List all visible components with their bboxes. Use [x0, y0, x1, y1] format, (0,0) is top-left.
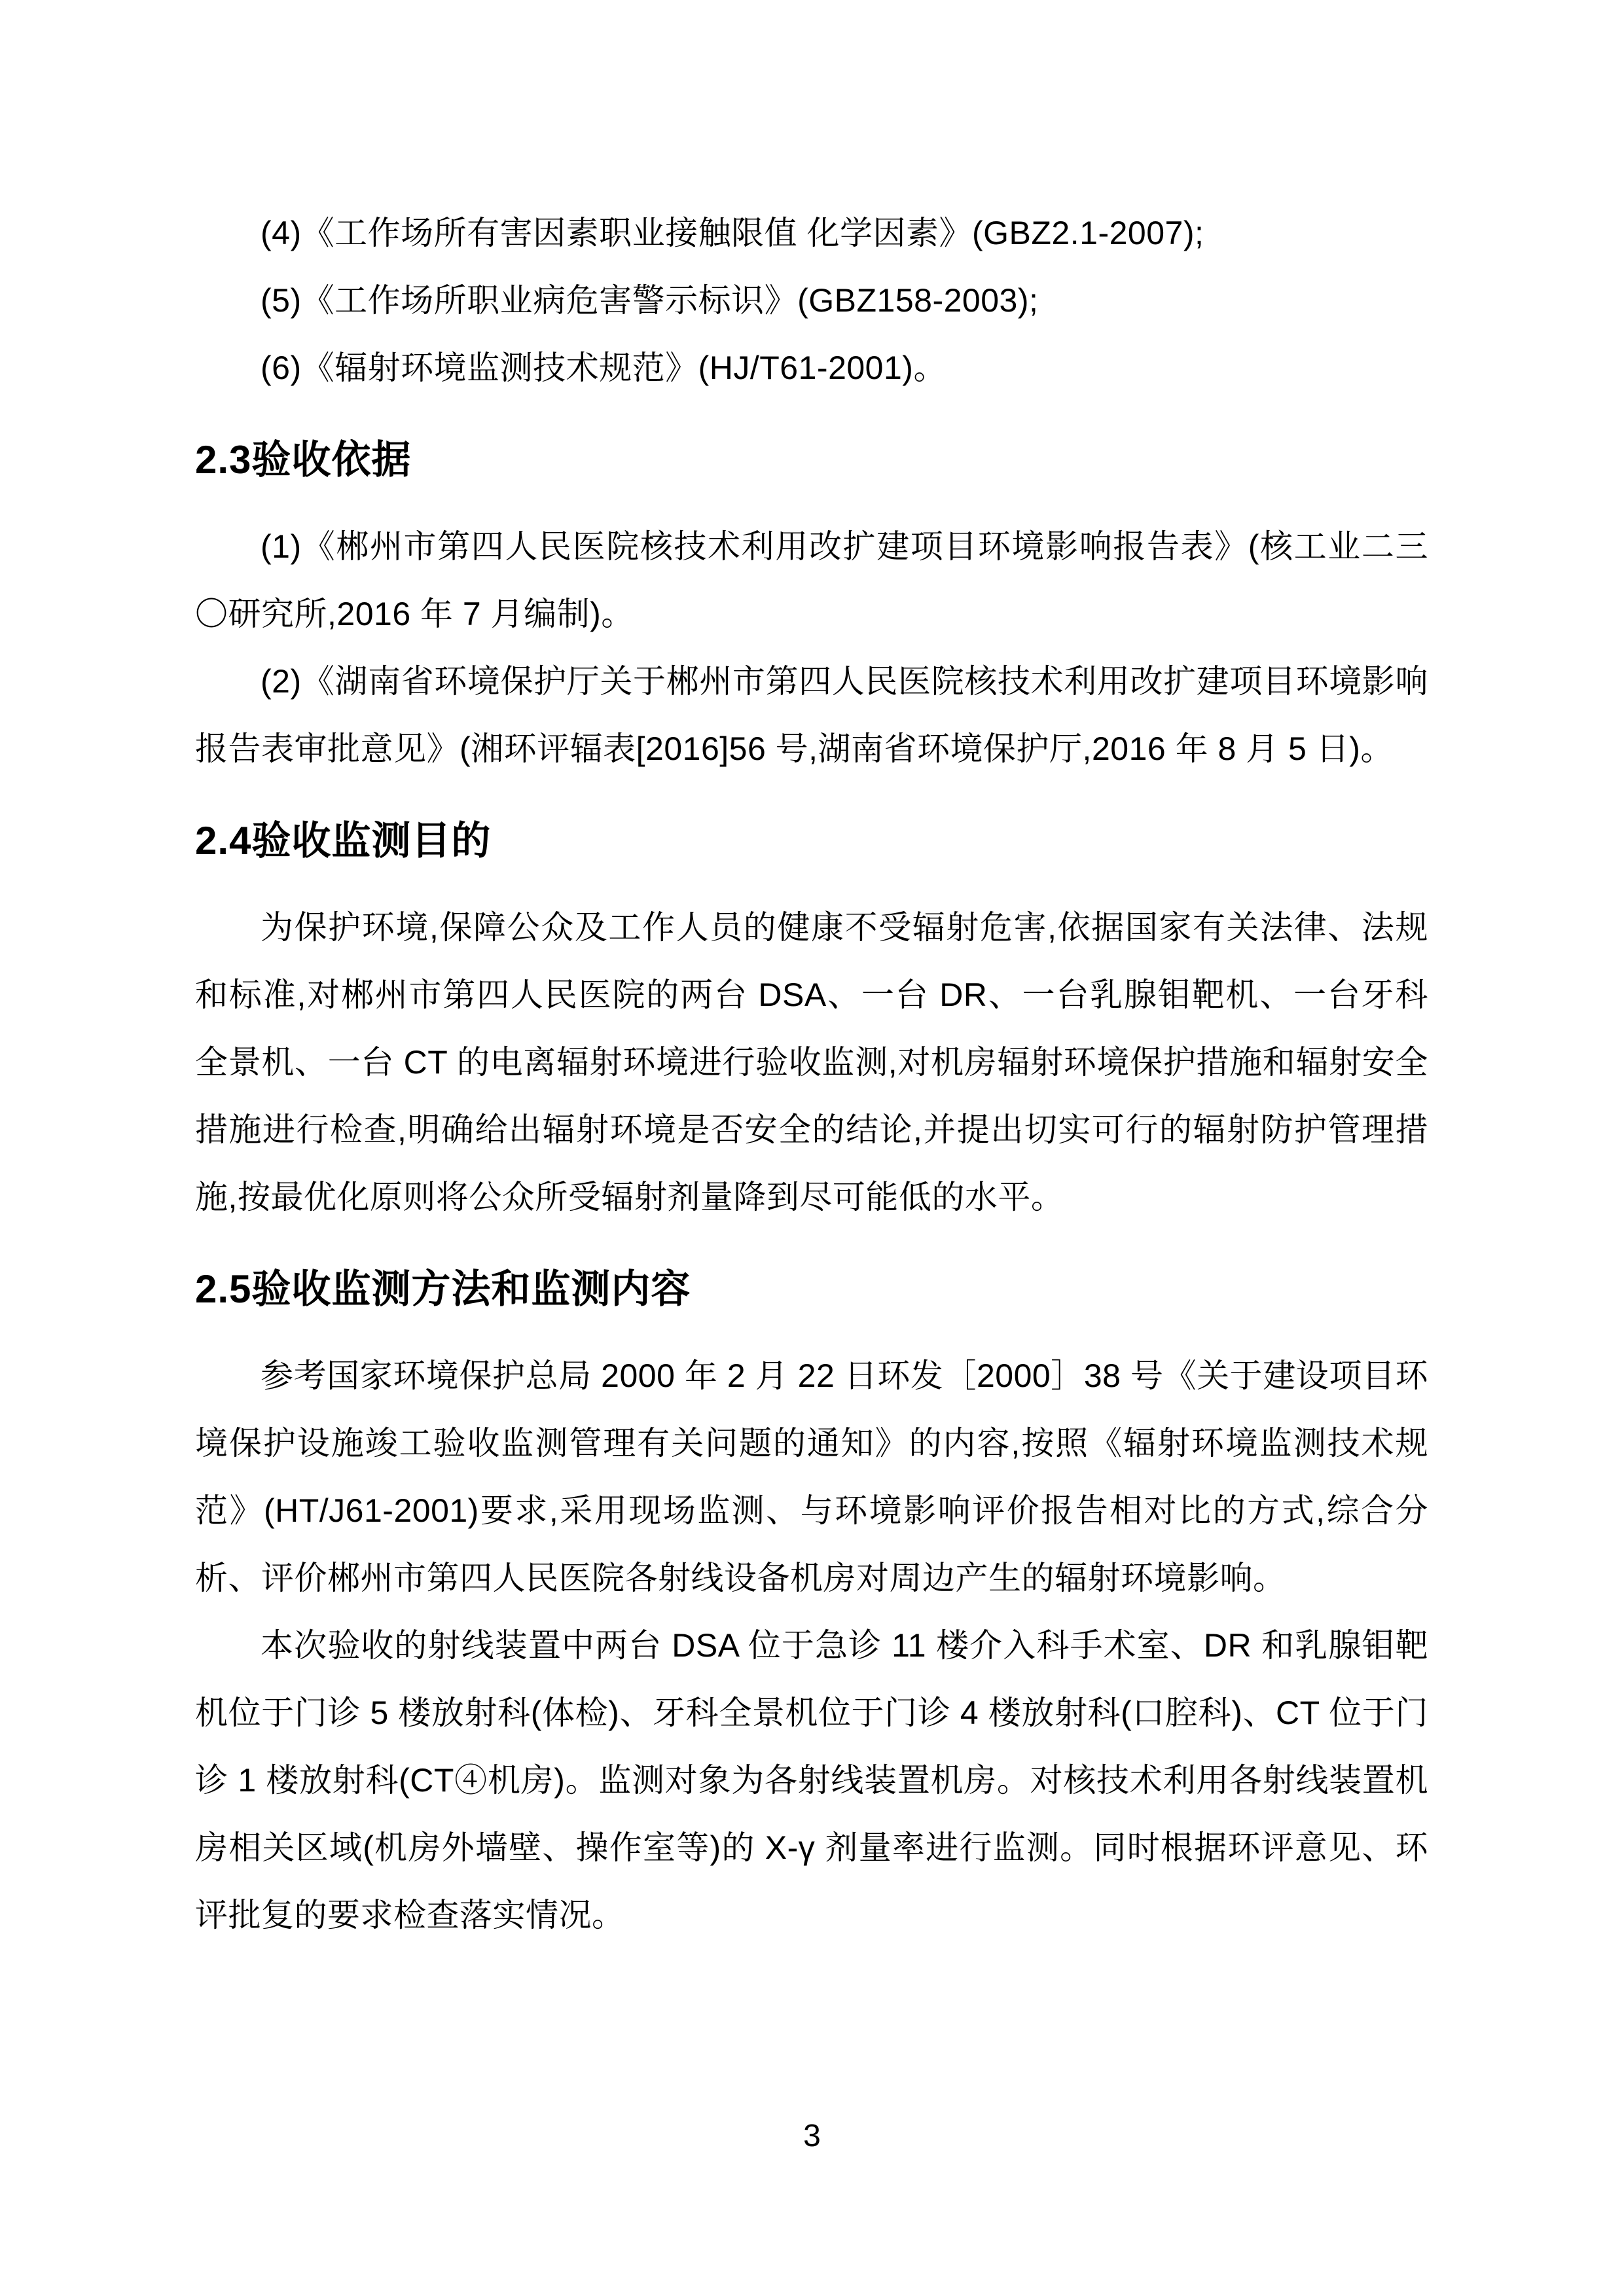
section-2-3-paragraph-2: (2)《湖南省环境保护厅关于郴州市第四人民医院核技术利用改扩建项目环境影响报告表… [195, 648, 1428, 783]
document-page: (4)《工作场所有害因素职业接触限值 化学因素》(GBZ2.1-2007); (… [0, 0, 1624, 2296]
reference-item-6: (6)《辐射环境监测技术规范》(HJ/T61-2001)。 [195, 334, 1428, 402]
section-2-5-paragraph-1: 参考国家环境保护总局 2000 年 2 月 22 日环发［2000］38 号《关… [195, 1342, 1428, 1612]
section-2-4-paragraph-1: 为保护环境,保障公众及工作人员的健康不受辐射危害,依据国家有关法律、法规和标准,… [195, 894, 1428, 1231]
section-2-5-paragraph-2: 本次验收的射线装置中两台 DSA 位于急诊 11 楼介入科手术室、DR 和乳腺钼… [195, 1612, 1428, 1949]
section-heading-2-4: 2.4验收监测目的 [195, 814, 1428, 868]
document-content: (4)《工作场所有害因素职业接触限值 化学因素》(GBZ2.1-2007); (… [195, 200, 1428, 1949]
section-heading-2-5: 2.5验收监测方法和监测内容 [195, 1263, 1428, 1316]
page-number: 3 [0, 2119, 1624, 2153]
section-heading-2-3: 2.3验收依据 [195, 433, 1428, 487]
reference-item-5: (5)《工作场所职业病危害警示标识》(GBZ158-2003); [195, 267, 1428, 334]
reference-item-4: (4)《工作场所有害因素职业接触限值 化学因素》(GBZ2.1-2007); [195, 200, 1428, 267]
section-2-3-paragraph-1: (1)《郴州市第四人民医院核技术利用改扩建项目环境影响报告表》(核工业二三〇研究… [195, 513, 1428, 648]
